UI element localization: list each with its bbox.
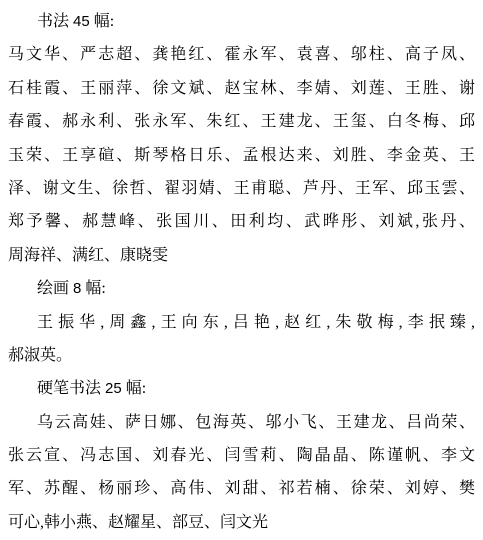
names-text-line: 周海祥、满红、康晓雯 bbox=[8, 239, 475, 272]
section-heading: 书法45幅: bbox=[8, 5, 475, 38]
heading-count: 8 bbox=[69, 280, 85, 297]
names-text-line: 军、苏醒、杨丽珍、高伟、刘甜、祁若楠、徐荣、刘婷、樊 bbox=[8, 472, 475, 505]
heading-category-label: 硬笔书法 bbox=[37, 380, 101, 397]
names-text-line: 乌云高娃、萨日娜、包海英、邬小飞、王建龙、吕尚荣、 bbox=[8, 406, 475, 439]
names-text-line: 可心,韩小燕、赵耀星、部豆、闫文光 bbox=[8, 506, 475, 539]
heading-category-label: 书法 bbox=[37, 13, 69, 30]
names-text-line: 张云宣、冯志国、刘春光、闫雪莉、陶晶晶、陈谨帆、李文 bbox=[8, 439, 475, 472]
names-text-line: 泽、谢文生、徐哲、翟羽婧、王甫聪、芦丹、王军、邱玉雲、 bbox=[8, 172, 475, 205]
heading-unit-label: 幅: bbox=[94, 13, 114, 30]
section-heading: 绘画8幅: bbox=[8, 272, 475, 305]
names-text-line: 郝淑英。 bbox=[8, 339, 475, 372]
heading-unit-label: 幅: bbox=[126, 380, 146, 397]
names-text-line: 郑予馨、郝慧峰、张国川、田利均、武晔彤、刘斌,张丹、 bbox=[8, 205, 475, 238]
heading-category-label: 绘画 bbox=[37, 280, 69, 297]
heading-count: 25 bbox=[101, 380, 126, 397]
names-text-line: 石桂霞、王丽萍、徐文斌、赵宝林、李婧、刘莲、王胜、谢 bbox=[8, 72, 475, 105]
document-content: 书法45幅:马文华、严志超、龚艳红、霍永军、袁喜、邬柱、高子凤、石桂霞、王丽萍、… bbox=[8, 5, 475, 539]
document-page: 书法45幅:马文华、严志超、龚艳红、霍永军、袁喜、邬柱、高子凤、石桂霞、王丽萍、… bbox=[0, 0, 483, 540]
names-text-line: 马文华、严志超、龚艳红、霍永军、袁喜、邬柱、高子凤、 bbox=[8, 38, 475, 71]
names-text-line: 玉荣、王享碹、斯琴格日乐、孟根达来、刘胜、李金英、王 bbox=[8, 139, 475, 172]
heading-count: 45 bbox=[69, 13, 94, 30]
heading-unit-label: 幅: bbox=[85, 280, 105, 297]
section-heading: 硬笔书法25幅: bbox=[8, 372, 475, 405]
names-text-line: 王振华,周鑫,王向东,吕艳,赵红,朱敬梅,李抿臻, bbox=[8, 306, 475, 339]
names-text-line: 春霞、郝永利、张永军、朱红、王建龙、王玺、白冬梅、邱 bbox=[8, 105, 475, 138]
